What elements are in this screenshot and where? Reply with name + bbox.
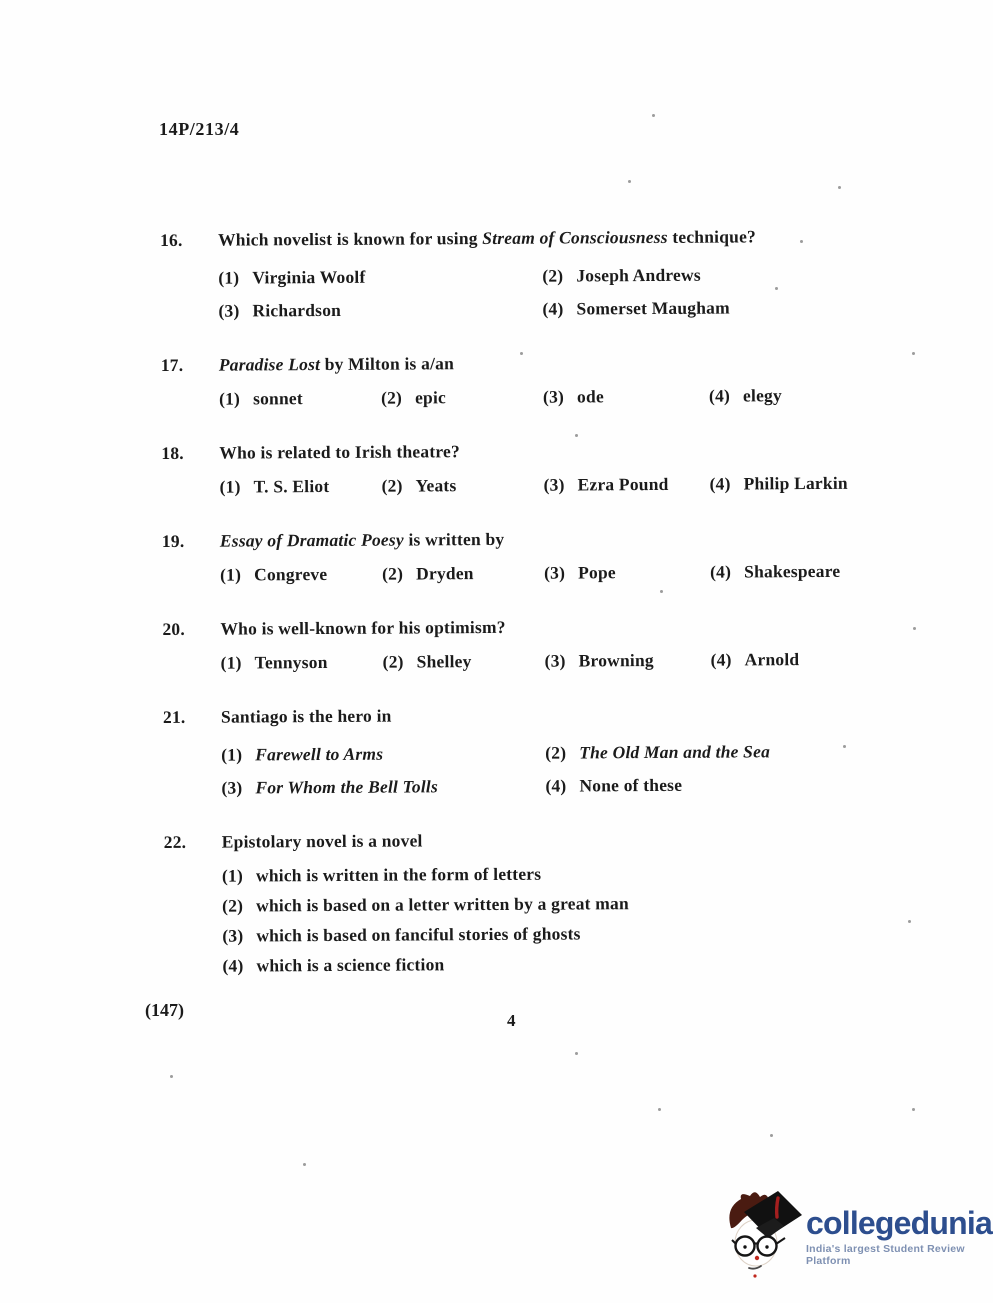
question-number: 18. <box>161 443 219 464</box>
option-text: Pope <box>578 562 616 583</box>
option: (4) Shakespeare <box>710 561 878 583</box>
option-text: Congreve <box>254 564 327 585</box>
scan-speck <box>770 1134 773 1137</box>
question-text-part: Who is related to Irish theatre? <box>219 441 460 462</box>
option-label: (3) <box>218 300 252 321</box>
option: (3) Ezra Pound <box>544 474 710 496</box>
option-label: (1) <box>221 744 255 765</box>
question-number: 21. <box>163 707 221 728</box>
scan-speck <box>575 1052 578 1055</box>
question-text-part: is written by <box>404 529 505 550</box>
question-head: 17. Paradise Lost by Milton is a/an <box>161 351 877 376</box>
options-grid: (1) Tennyson (2) Shelley (3) Browning (4… <box>163 649 879 674</box>
question-text: Epistolary novel is a novel <box>222 830 423 852</box>
option-text: ode <box>577 386 604 407</box>
option-label: (3) <box>221 777 255 798</box>
question-number: 22. <box>164 832 222 853</box>
scan-speck <box>652 114 655 117</box>
option-text: None of these <box>579 775 682 797</box>
option-text: The Old Man and the Sea <box>579 741 770 763</box>
option-text: Tennyson <box>255 652 328 673</box>
option-label: (1) <box>220 564 254 585</box>
option-label: (4) <box>709 385 743 406</box>
question-19: 19. Essay of Dramatic Poesy is written b… <box>162 527 878 586</box>
question-text: Which novelist is known for using Stream… <box>218 226 756 250</box>
option: (4) Somerset Maugham <box>542 297 876 320</box>
option-label: (3) <box>545 650 579 671</box>
option: (1) Congreve <box>220 564 382 586</box>
option-text: sonnet <box>253 388 303 409</box>
option-text: T. S. Eliot <box>254 476 330 497</box>
option-label: (3) <box>544 562 578 583</box>
scan-speck <box>913 627 916 630</box>
question-text-part: Which novelist is known for using <box>218 228 482 250</box>
scan-speck <box>303 1163 306 1166</box>
option: (1) Farewell to Arms <box>221 743 545 766</box>
option: (2) which is based on a letter written b… <box>222 892 880 917</box>
option-text: Farewell to Arms <box>255 744 383 766</box>
question-text-italic: Paradise Lost <box>219 354 320 375</box>
collegedunia-logo: collegedunia com India's largest Student… <box>722 1188 990 1286</box>
option-text: which is written in the form of letters <box>256 864 541 887</box>
option-label: (2) <box>222 895 256 916</box>
option-label: (4) <box>545 775 579 796</box>
question-head: 18. Who is related to Irish theatre? <box>161 439 877 464</box>
option: (3) Richardson <box>218 299 542 322</box>
question-number: 17. <box>161 355 219 376</box>
options-grid: (1) sonnet (2) epic (3) ode (4) elegy <box>161 385 877 410</box>
option: (2) epic <box>381 387 543 409</box>
question-text-part: Santiago is the hero in <box>221 706 392 727</box>
option-text: elegy <box>743 385 782 406</box>
question-20: 20. Who is well-known for his optimism? … <box>162 615 878 674</box>
scan-speck <box>800 240 803 243</box>
scan-speck <box>843 745 846 748</box>
mascot-icon <box>722 1188 802 1286</box>
option: (4) Arnold <box>711 649 879 671</box>
question-text-italic: Stream of Consciousness <box>482 227 668 248</box>
question-head: 21. Santiago is the hero in <box>163 703 879 728</box>
scan-speck <box>520 352 523 355</box>
option-label: (4) <box>542 298 576 319</box>
option-text: which is a science fiction <box>256 954 444 976</box>
option: (2) The Old Man and the Sea <box>545 741 879 764</box>
scanned-exam-page: 14P/213/4 16. Which novelist is known fo… <box>0 0 993 1303</box>
question-number: 20. <box>162 619 220 640</box>
question-head: 20. Who is well-known for his optimism? <box>162 615 878 640</box>
brand-tagline: India's largest Student Review Platform <box>806 1243 993 1267</box>
option-text: Virginia Woolf <box>252 267 365 289</box>
question-head: 19. Essay of Dramatic Poesy is written b… <box>162 527 878 552</box>
option-label: (3) <box>543 386 577 407</box>
option-text: Arnold <box>745 649 800 670</box>
option-label: (3) <box>544 474 578 495</box>
scan-speck <box>575 434 578 437</box>
question-list: 16. Which novelist is known for using St… <box>160 226 881 1010</box>
question-text: Who is related to Irish theatre? <box>219 441 460 463</box>
option-label: (1) <box>218 267 252 288</box>
options-grid: (1) which is written in the form of lett… <box>164 862 881 977</box>
option: (3) which is based on fanciful stories o… <box>222 922 880 947</box>
option: (4) Philip Larkin <box>709 473 877 495</box>
option: (2) Yeats <box>382 475 544 497</box>
doc-code: 14P/213/4 <box>159 119 239 140</box>
option-text: Somerset Maugham <box>576 298 730 320</box>
question-text: Santiago is the hero in <box>221 706 392 728</box>
brand-wordmark: collegedunia <box>806 1206 992 1240</box>
question-head: 22. Epistolary novel is a novel <box>164 828 880 853</box>
page-number: 4 <box>507 1011 516 1031</box>
option-text: Joseph Andrews <box>576 265 701 287</box>
scan-speck <box>658 1108 661 1111</box>
option-text: Browning <box>579 650 654 671</box>
question-number: 16. <box>160 230 218 251</box>
question-text: Paradise Lost by Milton is a/an <box>219 353 454 375</box>
option-label: (1) <box>222 865 256 886</box>
question-21: 21. Santiago is the hero in (1) Farewell… <box>163 703 880 799</box>
option: (1) Virginia Woolf <box>218 266 542 289</box>
question-text-part: technique? <box>668 226 756 247</box>
option: (1) Tennyson <box>221 652 383 674</box>
question-text-part: Epistolary novel is a novel <box>222 830 423 851</box>
question-16: 16. Which novelist is known for using St… <box>160 226 877 322</box>
option-label: (3) <box>222 925 256 946</box>
option: (2) Joseph Andrews <box>542 264 876 287</box>
option-text: Shelley <box>417 651 472 672</box>
option: (4) None of these <box>545 774 879 797</box>
option: (4) elegy <box>709 385 877 407</box>
option: (3) Browning <box>545 650 711 672</box>
option-label: (2) <box>382 475 416 496</box>
question-text-italic: Essay of Dramatic Poesy <box>220 530 404 551</box>
scan-speck <box>628 180 631 183</box>
question-text-part: Who is well-known for his optimism? <box>220 617 505 639</box>
options-grid: (1) Farewell to Arms (2) The Old Man and… <box>163 741 879 799</box>
scan-speck <box>912 352 915 355</box>
series-code: (147) <box>145 1000 184 1021</box>
question-text-part: by Milton is a/an <box>320 353 454 374</box>
logo-text: collegedunia com India's largest Student… <box>806 1188 993 1267</box>
option-label: (1) <box>221 652 255 673</box>
option-text: Shakespeare <box>744 561 840 583</box>
option-text: which is based on a letter written by a … <box>256 893 629 916</box>
option: (3) Pope <box>544 562 710 584</box>
scan-speck <box>838 186 841 189</box>
option-label: (4) <box>711 649 745 670</box>
question-head: 16. Which novelist is known for using St… <box>160 226 876 251</box>
options-grid: (1) Congreve (2) Dryden (3) Pope (4) Sha… <box>162 561 878 586</box>
option-text: Philip Larkin <box>743 473 847 495</box>
option-label: (4) <box>709 473 743 494</box>
option-text: which is based on fanciful stories of gh… <box>256 923 580 946</box>
scan-speck <box>908 920 911 923</box>
option-label: (2) <box>383 651 417 672</box>
option-label: (2) <box>545 742 579 763</box>
options-grid: (1) Virginia Woolf (2) Joseph Andrews (3… <box>160 264 876 322</box>
scan-speck <box>912 1108 915 1111</box>
option: (1) sonnet <box>219 388 381 410</box>
option: (4) which is a science fiction <box>222 952 880 977</box>
option: (3) For Whom the Bell Tolls <box>221 776 545 799</box>
option-label: (4) <box>222 955 256 976</box>
option-text: epic <box>415 387 446 408</box>
option: (3) ode <box>543 386 709 408</box>
option-text: Ezra Pound <box>578 474 669 496</box>
option: (1) T. S. Eliot <box>220 476 382 498</box>
option-label: (4) <box>710 561 744 582</box>
option: (2) Dryden <box>382 563 544 585</box>
option: (1) which is written in the form of lett… <box>222 862 880 887</box>
option-text: For Whom the Bell Tolls <box>255 776 438 798</box>
option-label: (2) <box>382 563 416 584</box>
question-number: 19. <box>162 531 220 552</box>
scan-speck <box>775 287 778 290</box>
option-label: (1) <box>219 388 253 409</box>
question-18: 18. Who is related to Irish theatre? (1)… <box>161 439 877 498</box>
options-grid: (1) T. S. Eliot (2) Yeats (3) Ezra Pound… <box>162 473 878 498</box>
scan-speck <box>170 1075 173 1078</box>
question-text: Essay of Dramatic Poesy is written by <box>220 529 505 552</box>
question-text: Who is well-known for his optimism? <box>220 617 505 640</box>
option: (2) Shelley <box>383 651 545 673</box>
option-text: Yeats <box>416 475 457 496</box>
option-text: Dryden <box>416 563 474 584</box>
option-text: Richardson <box>252 300 341 322</box>
option-label: (2) <box>381 387 415 408</box>
option-label: (1) <box>220 476 254 497</box>
option-label: (2) <box>542 265 576 286</box>
question-22: 22. Epistolary novel is a novel (1) whic… <box>164 828 881 977</box>
question-17: 17. Paradise Lost by Milton is a/an (1) … <box>161 351 877 410</box>
scan-speck <box>660 590 663 593</box>
